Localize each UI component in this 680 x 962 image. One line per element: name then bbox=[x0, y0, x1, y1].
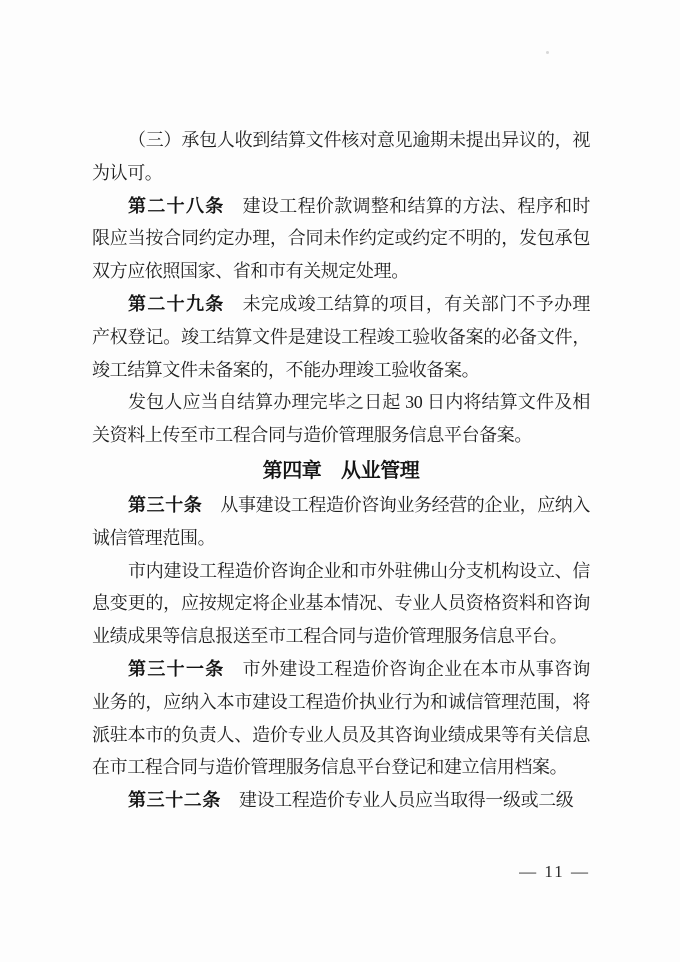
paragraph-text: （三）承包人收到结算文件核对意见逾期未提出异议的，视为认可。 bbox=[92, 130, 590, 183]
article-number-label: 第二十八条 bbox=[128, 196, 225, 216]
scan-artifact bbox=[546, 51, 549, 54]
chapter-heading-text: 第四章 从业管理 bbox=[263, 460, 420, 482]
article-number-label: 第二十九条 bbox=[128, 294, 225, 314]
document-page: （三）承包人收到结算文件核对意见逾期未提出异议的，视为认可。 第二十八条建设工程… bbox=[0, 0, 680, 962]
paragraph-filing-requirement: 发包人应当自结算办理完毕之日起 30 日内将结算文件及相关资料上传至市工程合同与… bbox=[92, 386, 590, 452]
paragraph-article-32: 第三十二条建设工程造价专业人员应当取得一级或二级 bbox=[92, 784, 590, 817]
paragraph-article-28: 第二十八条建设工程价款调整和结算的方法、程序和时限应当按合同约定办理，合同未作约… bbox=[92, 190, 590, 288]
article-number-label: 第三十条 bbox=[128, 495, 202, 515]
paragraph-article-30: 第三十条从事建设工程造价咨询业务经营的企业，应纳入诚信管理范围。 bbox=[92, 489, 590, 555]
paragraph-text: 发包人应当自结算办理完毕之日起 30 日内将结算文件及相关资料上传至市工程合同与… bbox=[92, 392, 590, 445]
paragraph-local-enterprise: 市内建设工程造价咨询企业和市外驻佛山分支机构设立、信息变更的，应按规定将企业基本… bbox=[92, 555, 590, 653]
document-body: （三）承包人收到结算文件核对意见逾期未提出异议的，视为认可。 第二十八条建设工程… bbox=[92, 124, 590, 817]
article-number-label: 第三十一条 bbox=[128, 659, 225, 679]
paragraph-article-29: 第二十九条未完成竣工结算的项目，有关部门不予办理产权登记。竣工结算文件是建设工程… bbox=[92, 288, 590, 386]
paragraph-article-31: 第三十一条市外建设工程造价咨询企业在本市从事咨询业务的，应纳入本市建设工程造价执… bbox=[92, 653, 590, 784]
chapter-heading: 第四章 从业管理 bbox=[92, 455, 590, 487]
paragraph-text: 市内建设工程造价咨询企业和市外驻佛山分支机构设立、信息变更的，应按规定将企业基本… bbox=[92, 561, 590, 647]
page-number: — 11 — bbox=[519, 862, 590, 882]
paragraph-item-3-clause: （三）承包人收到结算文件核对意见逾期未提出异议的，视为认可。 bbox=[92, 124, 590, 190]
article-number-label: 第三十二条 bbox=[128, 790, 221, 810]
paragraph-text: 建设工程造价专业人员应当取得一级或二级 bbox=[239, 790, 573, 810]
